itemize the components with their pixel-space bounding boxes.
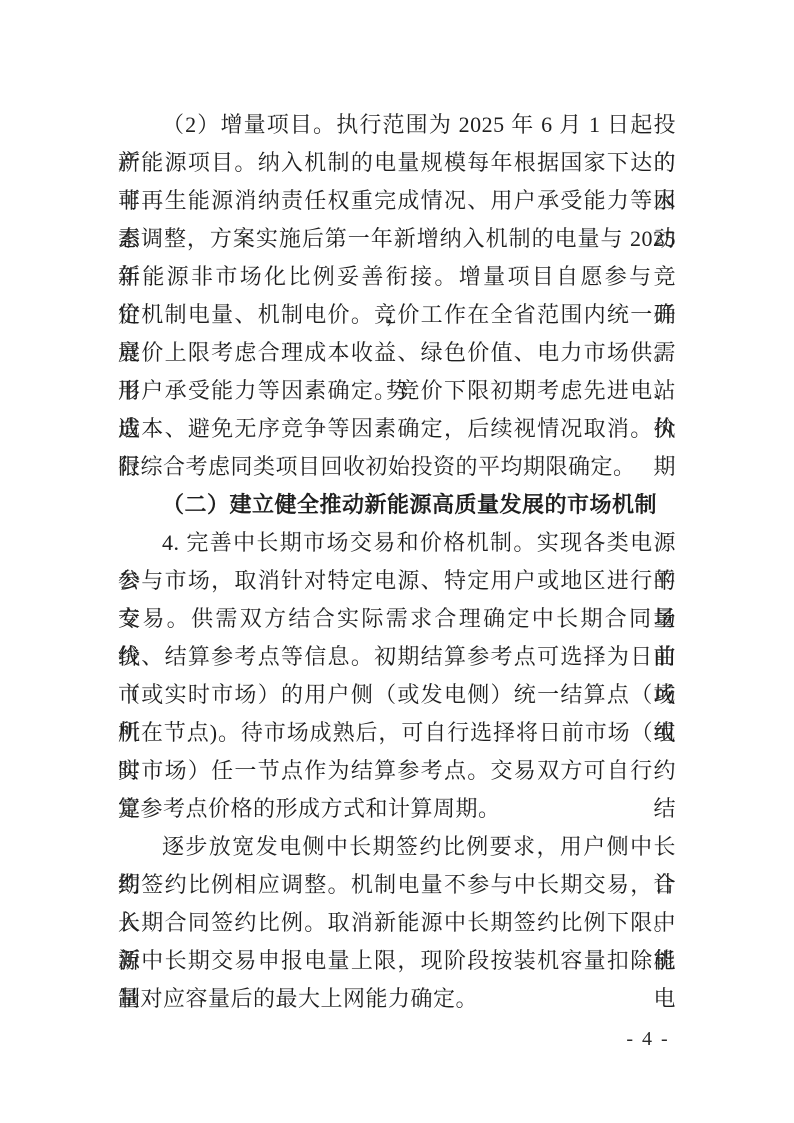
paragraph-line: （或实时市场）的用户侧（或发电侧）统一结算点（或机组 <box>118 676 676 714</box>
paragraph-line: 定机制电量、机制电价。竞价工作在全省范围内统一开展。 <box>118 296 676 334</box>
paragraph-line: 时市场）任一节点作为结算参考点。交易双方可自行约定结 <box>118 752 676 790</box>
document-body: （2）增量项目。执行范围为 2025 年 6 月 1 日起投产的新能源项目。纳入… <box>118 106 676 1018</box>
paragraph-line: 竞价上限考虑合理成本收益、绿色价值、电力市场供需形势、 <box>118 334 676 372</box>
paragraph-line: 新能源项目。纳入机制的电量规模每年根据国家下达的非水 <box>118 144 676 182</box>
paragraph-line: 可再生能源消纳责任权重完成情况、用户承受能力等因素动 <box>118 182 676 220</box>
paragraph-line: 参与市场，取消针对特定电源、特定用户或地区进行的专场 <box>118 562 676 600</box>
paragraph-line: 4. 完善中长期市场交易和价格机制。实现各类电源公平 <box>118 524 676 562</box>
paragraph-line: 态调整，方案实施后第一年新增纳入机制的电量与 2025 年 <box>118 220 676 258</box>
paragraph-line: 长期合同签约比例。取消新能源中长期签约比例下限。新能 <box>118 904 676 942</box>
paragraph-line: （2）增量项目。执行范围为 2025 年 6 月 1 日起投产的 <box>118 106 676 144</box>
paragraph-line: 所在节点)。待市场成熟后，可自行选择将日前市场（或实 <box>118 714 676 752</box>
paragraph-line: 线、结算参考点等信息。初期结算参考点可选择为日前市场 <box>118 638 676 676</box>
paragraph-line: 限综合考虑同类项目回收初始投资的平均期限确定。 <box>118 448 676 486</box>
paragraph-line: 源中长期交易申报电量上限，现阶段按装机容量扣除机制电 <box>118 942 676 980</box>
paragraph-line: 用户承受能力等因素确定。竞价下限初期考虑先进电站造价 <box>118 372 676 410</box>
paragraph-line: 约签约比例相应调整。机制电量不参与中长期交易，计入中 <box>118 866 676 904</box>
paragraph-line: 新能源非市场化比例妥善衔接。增量项目自愿参与竞价，确 <box>118 258 676 296</box>
document-page: （2）增量项目。执行范围为 2025 年 6 月 1 日起投产的新能源项目。纳入… <box>0 0 794 1123</box>
paragraph-line: 逐步放宽发电侧中长期签约比例要求，用户侧中长期合 <box>118 828 676 866</box>
paragraph-line: 成本、避免无序竞争等因素确定，后续视情况取消。执行期 <box>118 410 676 448</box>
page-number: - 4 - <box>616 1024 680 1054</box>
paragraph-line: 交易。供需双方结合实际需求合理确定中长期合同量价、曲 <box>118 600 676 638</box>
section-heading: （二）建立健全推动新能源高质量发展的市场机制 <box>118 486 676 524</box>
